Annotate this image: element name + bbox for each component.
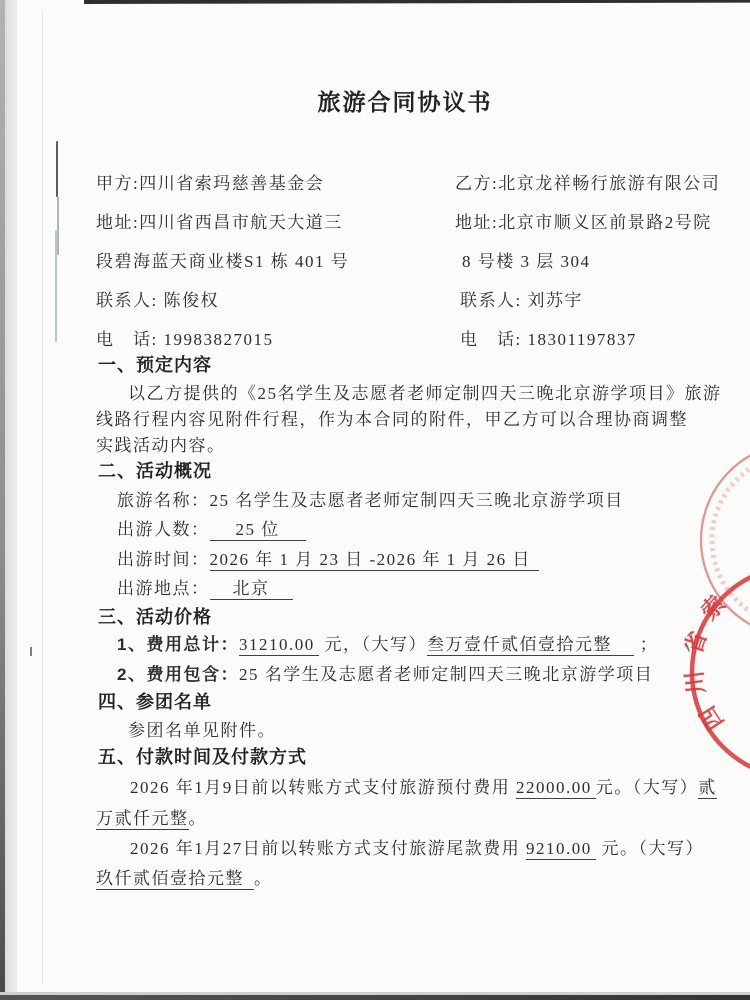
section-1-paragraph-line1: 以乙方提供的《25名学生及志愿者老师定制四天三晚北京游学项目》旅游 bbox=[128, 379, 722, 404]
total-cost-capitalized: 叁万壹仟贰佰壹拾元整 bbox=[427, 635, 634, 656]
contract-title: 旅游合同协议书 bbox=[90, 84, 720, 117]
section-2-heading: 二、活动概况 bbox=[98, 457, 212, 483]
tour-name-value: 25 名学生及志愿者老师定制四天三晚北京游学项目 bbox=[210, 491, 624, 510]
scan-left-gray-strip bbox=[5, 0, 17, 1000]
total-cost-tail: ； bbox=[634, 635, 658, 654]
party-b-name: 乙方:北京龙祥畅行旅游有限公司 bbox=[455, 169, 720, 194]
scan-left-edge-line bbox=[0, 0, 5, 1000]
party-b-contact: 联系人: 刘苏宇 bbox=[460, 286, 583, 311]
balance-caps: 玖仟贰佰壹拾元整 bbox=[96, 869, 254, 890]
section-4-heading: 四、参团名单 bbox=[98, 688, 212, 714]
section-1-paragraph-line3: 实践活动内容。 bbox=[96, 431, 226, 456]
prepayment-amount: 22000.00 bbox=[516, 778, 596, 799]
scanned-contract-page: 旅游合同协议书 甲方:四川省索玛慈善基金会 地址:四川省西昌市航天大道三 段碧海… bbox=[0, 0, 750, 1000]
prepayment-mid-text: 元。（大写） bbox=[596, 778, 699, 797]
party-a-contact: 联系人: 陈俊权 bbox=[96, 286, 219, 311]
stamp-org-text: 四川省索 bbox=[680, 581, 739, 735]
prepayment-line1: 2026 年1月9日前以转账方式支付旅游预付费用 22000.00元。（大写）贰 bbox=[130, 773, 717, 798]
cost-includes-label: 2、费用包含： bbox=[117, 665, 239, 684]
party-b-phone: 电 话: 18301197837 bbox=[460, 325, 637, 350]
scan-bottom-edge-line bbox=[0, 995, 750, 1000]
page-left-edge-shadow bbox=[42, 10, 43, 985]
section-1-heading: 一、预定内容 bbox=[98, 351, 212, 377]
party-a-name: 甲方:四川省索玛慈善基金会 bbox=[96, 169, 324, 194]
total-cost-label: 1、费用总计： bbox=[117, 635, 239, 654]
tour-name-label: 旅游名称： bbox=[117, 491, 210, 510]
svg-text:四川省索: 四川省索 bbox=[680, 581, 739, 735]
balance-line1: 2026 年1月27日前以转账方式支付旅游尾款费用 9210.00 元。（大写） bbox=[130, 834, 704, 859]
cost-includes-row: 2、费用包含：25 名学生及志愿者老师定制四天三晚北京游学项目 bbox=[117, 660, 653, 685]
party-a-address-line2: 段碧海蓝天商业楼S1 栋 401 号 bbox=[96, 247, 349, 272]
prepayment-caps-start: 贰 bbox=[698, 778, 717, 799]
balance-amount: 9210.00 bbox=[526, 839, 596, 860]
binding-fold-mark-faint bbox=[57, 197, 59, 255]
scan-top-edge-line bbox=[84, 0, 750, 4]
tour-people-row: 出游人数：25 位 bbox=[117, 515, 306, 540]
cost-includes-value: 25 名学生及志愿者老师定制四天三晚北京游学项目 bbox=[239, 665, 653, 684]
prepayment-caps-rest: 万贰仟元整 bbox=[96, 809, 189, 830]
official-stamp-icon: 四川省索 5134 bbox=[680, 560, 750, 795]
section-5-heading: 五、付款时间及付款方式 bbox=[98, 743, 307, 769]
scan-speck bbox=[30, 647, 32, 656]
prepayment-tail: 。 bbox=[189, 809, 208, 828]
tour-time-label: 出游时间： bbox=[117, 550, 210, 569]
tour-place-label: 出游地点： bbox=[117, 579, 210, 598]
prepayment-line2: 万贰仟元整。 bbox=[96, 804, 207, 829]
section-3-heading: 三、活动价格 bbox=[98, 603, 212, 629]
binding-fold-mark bbox=[56, 141, 58, 197]
party-a-phone: 电 话: 19983827015 bbox=[96, 325, 273, 350]
tour-people-value: 25 位 bbox=[210, 520, 306, 541]
total-cost-mid-text: 元，（大写） bbox=[319, 635, 427, 654]
tour-place-value: 北京 bbox=[210, 579, 293, 600]
party-a-address-line1: 地址:四川省西昌市航天大道三 bbox=[96, 208, 343, 233]
binding-fold-mark-blue bbox=[55, 230, 57, 342]
partial-stamp-arc bbox=[688, 438, 750, 648]
balance-tail: 。 bbox=[254, 869, 273, 888]
roster-note: 参团名单见附件。 bbox=[128, 716, 276, 741]
total-cost-row: 1、费用总计：31210.00 元，（大写）叁万壹仟贰佰壹拾元整 ； bbox=[117, 630, 658, 655]
tour-time-row: 出游时间：2026 年 1 月 23 日 -2026 年 1 月 26 日 bbox=[117, 545, 539, 570]
tour-time-value: 2026 年 1 月 23 日 -2026 年 1 月 26 日 bbox=[210, 550, 539, 571]
balance-line2: 玖仟贰佰壹拾元整。 bbox=[96, 864, 273, 889]
prepayment-pre-text: 2026 年1月9日前以转账方式支付旅游预付费用 bbox=[130, 778, 516, 797]
tour-people-label: 出游人数： bbox=[117, 520, 210, 539]
section-1-paragraph-line2: 线路行程内容见附件行程，作为本合同的附件，甲乙方可以合理协商调整 bbox=[96, 405, 688, 430]
total-cost-amount: 31210.00 bbox=[239, 635, 319, 656]
balance-pre-text: 2026 年1月27日前以转账方式支付旅游尾款费用 bbox=[130, 839, 526, 858]
tour-place-row: 出游地点：北京 bbox=[117, 574, 293, 599]
party-b-address-line2: 8 号楼 3 层 304 bbox=[462, 247, 591, 272]
balance-mid-text: 元。（大写） bbox=[596, 839, 704, 858]
party-b-address-line1: 地址:北京市顺义区前景路2号院 bbox=[455, 208, 712, 233]
tour-name-row: 旅游名称：25 名学生及志愿者老师定制四天三晚北京游学项目 bbox=[117, 486, 624, 511]
